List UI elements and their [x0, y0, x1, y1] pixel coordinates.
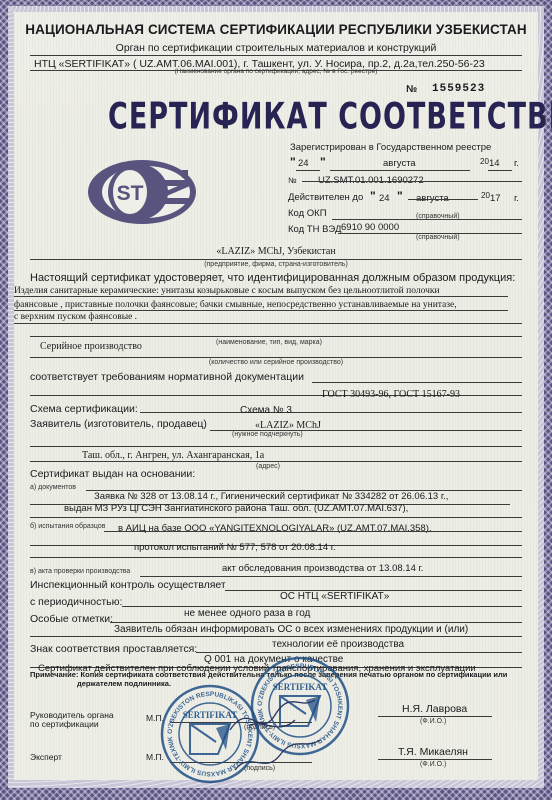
applicant-line: [30, 446, 522, 447]
organ-caption: (Наименование органа по сертификации, ад…: [0, 68, 552, 75]
inspection-label: Инспекционный контроль осуществляет: [30, 579, 226, 591]
tnved-label: Код ТН ВЭД: [288, 224, 341, 235]
expert-name: Т.Я. Микаелян: [398, 746, 468, 758]
applicant-caption: (нужное подчеркнуть): [232, 431, 303, 438]
okp-label: Код ОКП: [288, 208, 327, 219]
mark-label: Знак соответствия проставляется:: [30, 643, 197, 655]
periodicity-label: с периодичностью:: [30, 596, 122, 608]
valid-year-suffix: 17: [490, 193, 501, 204]
product-line: [14, 296, 508, 297]
product-line-3: с верхним пуском фаянсовые .: [14, 312, 137, 322]
basis-label: Сертификат выдан на основании:: [30, 468, 195, 480]
applicant-label: Заявитель (изготовитель, продавец): [30, 418, 207, 430]
valid-until-label: Действителен до: [288, 192, 363, 203]
name-caption: (наименование, тип, вид, марка): [216, 339, 322, 346]
conformity-label: соответствует требованиям нормативной до…: [30, 371, 304, 383]
inspection-act-value: акт обследования производства от 13.08.1…: [222, 563, 423, 574]
standards: ГОСТ 30493-96, ГОСТ 15167-93: [322, 389, 460, 400]
inspection-body: ОС НТЦ «SERTIFIKAT»: [280, 591, 389, 602]
quantity-caption: (количество или серийное производство): [0, 359, 552, 366]
tests-line: [104, 531, 522, 532]
tests-line-2: протокол испытаний № 577; 578 от 20.08.1…: [134, 542, 336, 553]
expert-name-line: [378, 759, 492, 760]
certificate-number-label: №: [406, 84, 417, 95]
manufacturer: «LAZIZ» MChJ, Узбекистан: [0, 246, 552, 257]
signature-icon: [220, 690, 330, 780]
quote-close: ": [397, 189, 403, 203]
tests-label: б) испытания образцов: [30, 523, 105, 530]
product-line: [30, 336, 522, 337]
divider: [30, 55, 522, 56]
okp-caption: (справочный): [416, 213, 460, 220]
applicant-value: «LAZIZ» MChJ: [255, 420, 321, 431]
special-notes-line-1: Заявитель обязан информировать ОС о всех…: [114, 624, 468, 635]
special-notes-line: [30, 636, 522, 637]
product-line-2: фаянсовые , приставные полочки фаянсовые…: [14, 300, 457, 310]
certifies-statement: Настоящий сертификат удостоверяет, что и…: [30, 272, 515, 284]
special-notes-label: Особые отметки:: [30, 613, 113, 625]
tnved-caption: (справочный): [416, 234, 460, 241]
quantity-line: [30, 357, 522, 358]
certificate-number: 1559523: [432, 83, 485, 95]
head-label-line-2: по сертификации: [30, 720, 114, 729]
valid-year-prefix: 20: [481, 191, 490, 200]
quote-close: ": [320, 155, 326, 169]
expert-label: Эксперт: [30, 752, 62, 762]
reg-year-unit: г.: [514, 158, 519, 169]
remark-line-2: держателем подлинника.: [77, 679, 171, 688]
head-name: Н.Я. Лаврова: [402, 703, 467, 715]
expert-name-caption: (Ф.И.О.): [420, 761, 446, 768]
inspection-act-label: в) акта проверки производства: [30, 568, 130, 575]
documents-line: [30, 517, 522, 518]
product-line: [14, 310, 508, 311]
reg-month: августа: [383, 158, 416, 169]
tnved-value: 6910 90 0000: [341, 222, 399, 233]
scheme-label: Схема сертификации:: [30, 403, 138, 415]
quote-open: ": [370, 189, 376, 203]
national-system-heading: НАЦИОНАЛЬНАЯ СИСТЕМА СЕРТИФИКАЦИИ РЕСПУБ…: [0, 22, 552, 37]
valid-year-unit: г.: [514, 193, 519, 204]
tests-line: [30, 557, 522, 558]
special-notes-line: [110, 622, 522, 623]
documents-line-1: Заявка № 328 от 13.08.14 г., Гигиеническ…: [94, 491, 448, 502]
quote-open: ": [290, 155, 296, 169]
reg-no-label: №: [288, 176, 297, 185]
tests-line-1: в АИЦ на базе ООО «YANGITEXNOLOGIYALAR» …: [118, 523, 432, 534]
product-line-1: Изделия санитарные керамические: унитазы…: [14, 286, 440, 296]
head-name-caption: (Ф.И.О.): [420, 718, 446, 725]
certification-organ: Орган по сертификации строительных матер…: [0, 42, 552, 54]
product-line: [14, 323, 522, 324]
reg-day: 24: [298, 158, 309, 169]
documents-line-2: выдан МЗ РУз ЦГСЭН Зангиатинского района…: [64, 503, 408, 514]
certificate-title: СЕРТИФИКАТ СООТВЕТСТВИЯ: [108, 96, 552, 138]
production-type: Серийное производство: [40, 341, 142, 352]
valid-day: 24: [379, 193, 390, 204]
scheme-value: Схема № 3: [240, 405, 292, 416]
reg-year-prefix: 20: [480, 157, 489, 166]
head-name-line: [378, 716, 492, 717]
manufacturer-line: [30, 259, 522, 260]
documents-label: а) документов: [30, 484, 76, 491]
periodicity-value: не менее одного раза в год: [184, 608, 310, 619]
applicant-address: Таш. обл., г. Ангрен, ул. Ахангаранская,…: [82, 450, 264, 461]
special-notes-line-2: технологии её производства: [272, 639, 404, 650]
underline: [488, 170, 512, 171]
periodicity-line: [122, 606, 522, 607]
reg-year-suffix: 14: [489, 158, 500, 169]
scheme-line: [140, 412, 522, 413]
inspection-act-line: [140, 576, 522, 577]
svg-text:ST: ST: [117, 182, 144, 205]
st-logo-icon: ST: [86, 158, 198, 226]
registered-label: Зарегистрирован в Государственном реестр…: [290, 142, 491, 153]
underline: [296, 170, 320, 171]
address-line: [30, 461, 522, 462]
address-caption: (адрес): [256, 463, 280, 470]
mark-line: [196, 652, 522, 653]
manufacturer-caption: (предприятие, фирма, страна-изготовитель…: [0, 261, 552, 268]
underline: [330, 170, 470, 171]
strike-line: [408, 199, 478, 200]
strike-line: [302, 181, 522, 182]
conformity-line: [312, 382, 522, 383]
head-label: Руководитель органа по сертификации: [30, 711, 114, 729]
